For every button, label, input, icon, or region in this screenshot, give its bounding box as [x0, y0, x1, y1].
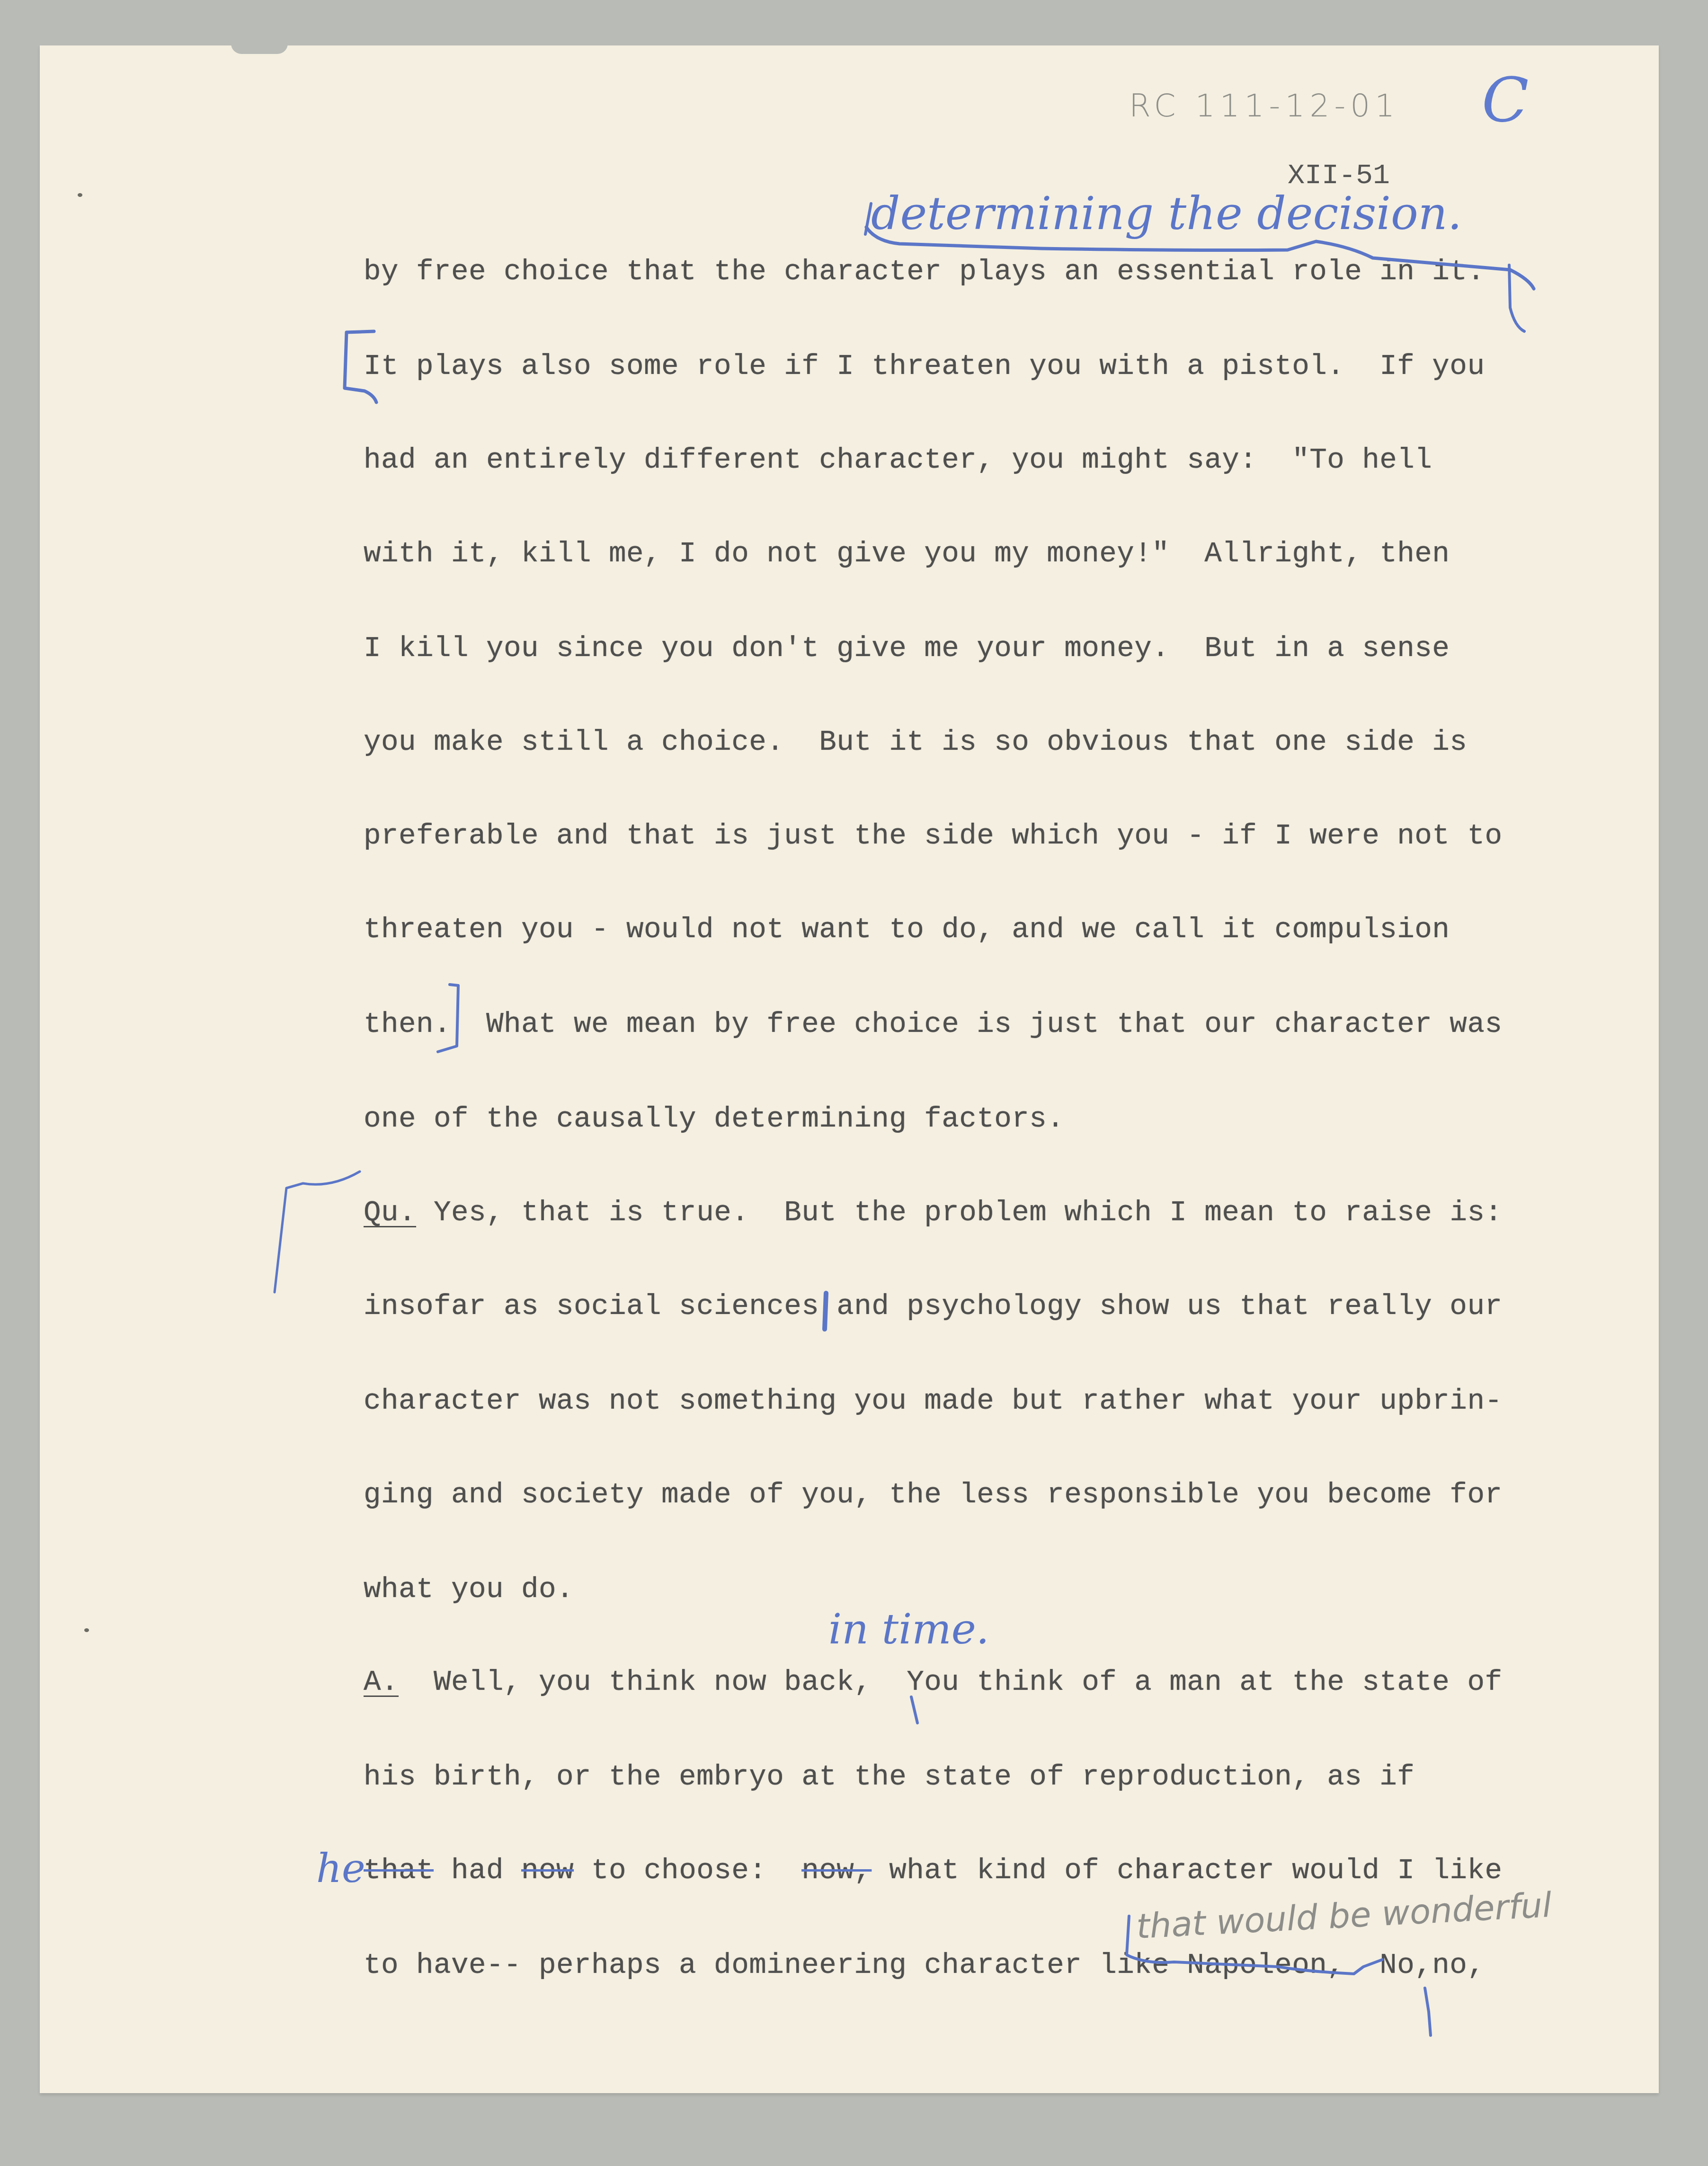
typed-line: insofar as social sciences and psycholog…: [364, 1290, 1502, 1323]
folder-letter: C: [1482, 64, 1529, 136]
typed-line: then. What we mean by free choice is jus…: [364, 1008, 1502, 1041]
typed-line: preferable and that is just the side whi…: [364, 820, 1502, 852]
speaker-label-question: Qu.: [364, 1197, 416, 1229]
typed-line: his birth, or the embryo at the state of…: [364, 1761, 1414, 1793]
typed-line: to have-- perhaps a domineering characte…: [364, 1949, 1485, 1982]
typed-line-question: Qu. Yes, that is true. But the problem w…: [364, 1197, 1502, 1229]
archive-id: RC 111-12-01: [1129, 88, 1399, 124]
typed-line-edited: that had now to choose: now, what kind o…: [364, 1855, 1502, 1887]
typed-line: It plays also some role if I threaten yo…: [364, 350, 1485, 383]
typed-line: threaten you - would not want to do, and…: [364, 914, 1450, 946]
typed-line: I kill you since you don't give me your …: [364, 632, 1450, 665]
paper-speck: [84, 1628, 89, 1632]
handwritten-margin-he: he: [316, 1845, 365, 1891]
handwritten-insert-determining: determining the decision.: [871, 187, 1462, 240]
paper-tear: [231, 44, 288, 54]
typed-line: you make still a choice. But it is so ob…: [364, 726, 1467, 759]
typed-line: character was not something you made but…: [364, 1385, 1502, 1418]
speaker-label-answer: A.: [364, 1666, 399, 1699]
typed-line: with it, kill me, I do not give you my m…: [364, 538, 1450, 570]
typed-line: what you do.: [364, 1573, 574, 1606]
paper-speck: [78, 193, 82, 197]
typed-line: ging and society made of you, the less r…: [364, 1479, 1502, 1511]
typed-line-answer: A. Well, you think now back, You think o…: [364, 1666, 1502, 1699]
handwritten-insert-in-time: in time.: [828, 1605, 989, 1653]
typed-line: one of the causally determining factors.: [364, 1103, 1064, 1136]
typed-line: had an entirely different character, you…: [364, 444, 1432, 477]
typed-line: by free choice that the character plays …: [364, 256, 1485, 288]
